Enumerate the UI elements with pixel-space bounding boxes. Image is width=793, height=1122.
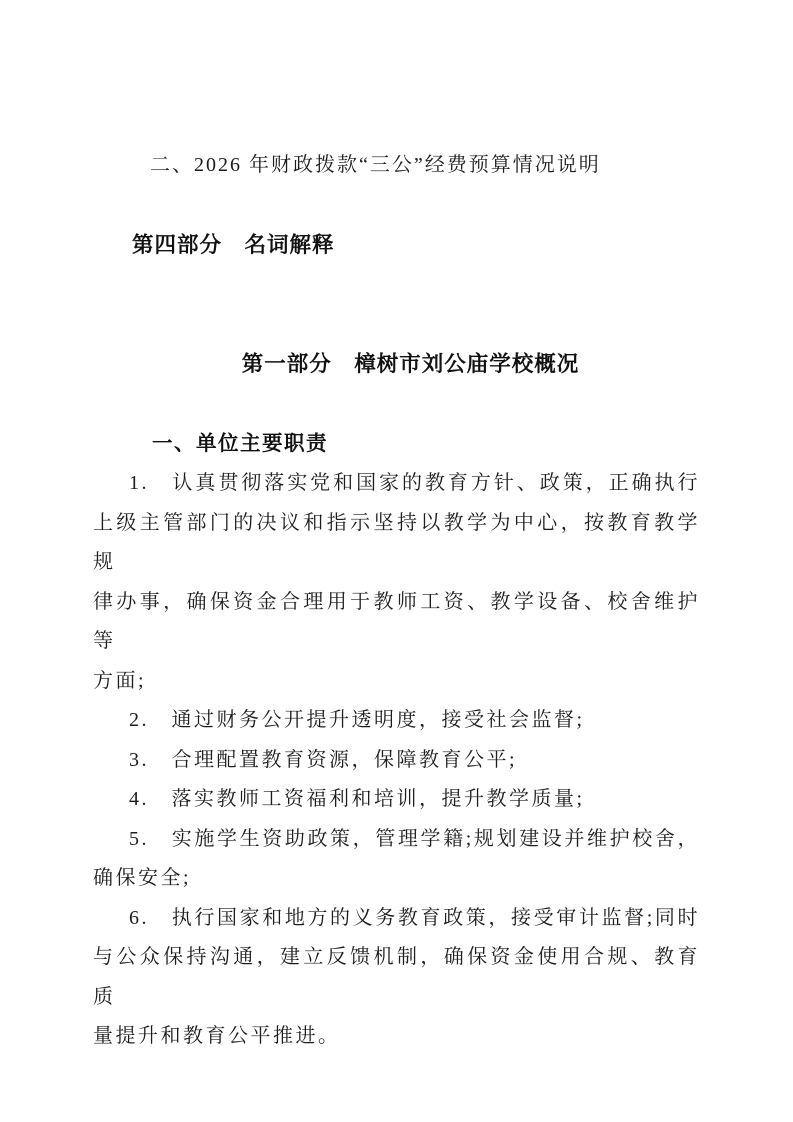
paragraph-1-line-4: 方面;: [93, 662, 700, 702]
paragraph-4-line-1: 4. 落实教师工资福利和培训，提升教学质量;: [93, 780, 700, 820]
paragraph-5: 5. 实施学生资助政策，管理学籍;规划建设并维护校舍， 确保安全;: [93, 820, 700, 899]
paragraph-1-line-1: 1. 认真贯彻落实党和国家的教育方针、政策，正确执行: [93, 464, 700, 504]
document-page: 二、2026 年财政拨款“三公”经费预算情况说明 第四部分 名词解释 第一部分 …: [0, 0, 793, 1122]
paragraph-1-line-3: 律办事，确保资金合理用于教师工资、教学设备、校舍维护等: [93, 583, 700, 662]
paragraph-2: 2. 通过财务公开提升透明度，接受社会监督;: [93, 701, 700, 741]
duties-list: 1. 认真贯彻落实党和国家的教育方针、政策，正确执行 上级主管部门的决议和指示坚…: [93, 464, 700, 1057]
paragraph-6: 6. 执行国家和地方的义务教育政策，接受审计监督;同时 与公众保持沟通，建立反馈…: [93, 899, 700, 1057]
subsection-heading-duties: 一、单位主要职责: [93, 424, 700, 464]
paragraph-5-line-1: 5. 实施学生资助政策，管理学籍;规划建设并维护校舍，: [93, 820, 700, 860]
paragraph-2-line-1: 2. 通过财务公开提升透明度，接受社会监督;: [93, 701, 700, 741]
paragraph-6-line-1: 6. 执行国家和地方的义务教育政策，接受审计监督;同时: [93, 899, 700, 939]
intro-paragraph: 二、2026 年财政拨款“三公”经费预算情况说明: [93, 145, 700, 185]
paragraph-6-line-2: 与公众保持沟通，建立反馈机制，确保资金使用合规、教育质: [93, 938, 700, 1017]
paragraph-3: 3. 合理配置教育资源，保障教育公平;: [93, 741, 700, 781]
paragraph-1-line-2: 上级主管部门的决议和指示坚持以教学为中心，按教育教学规: [93, 504, 700, 583]
paragraph-1: 1. 认真贯彻落实党和国家的教育方针、政策，正确执行 上级主管部门的决议和指示坚…: [93, 464, 700, 701]
paragraph-3-line-1: 3. 合理配置教育资源，保障教育公平;: [93, 741, 700, 781]
paragraph-4: 4. 落实教师工资福利和培训，提升教学质量;: [93, 780, 700, 820]
section-heading-part4: 第四部分 名词解释: [93, 225, 700, 265]
paragraph-6-line-3: 量提升和教育公平推进。: [93, 1017, 700, 1057]
paragraph-5-line-2: 确保安全;: [93, 859, 700, 899]
chapter-heading-part1: 第一部分 樟树市刘公庙学校概况: [93, 344, 700, 384]
